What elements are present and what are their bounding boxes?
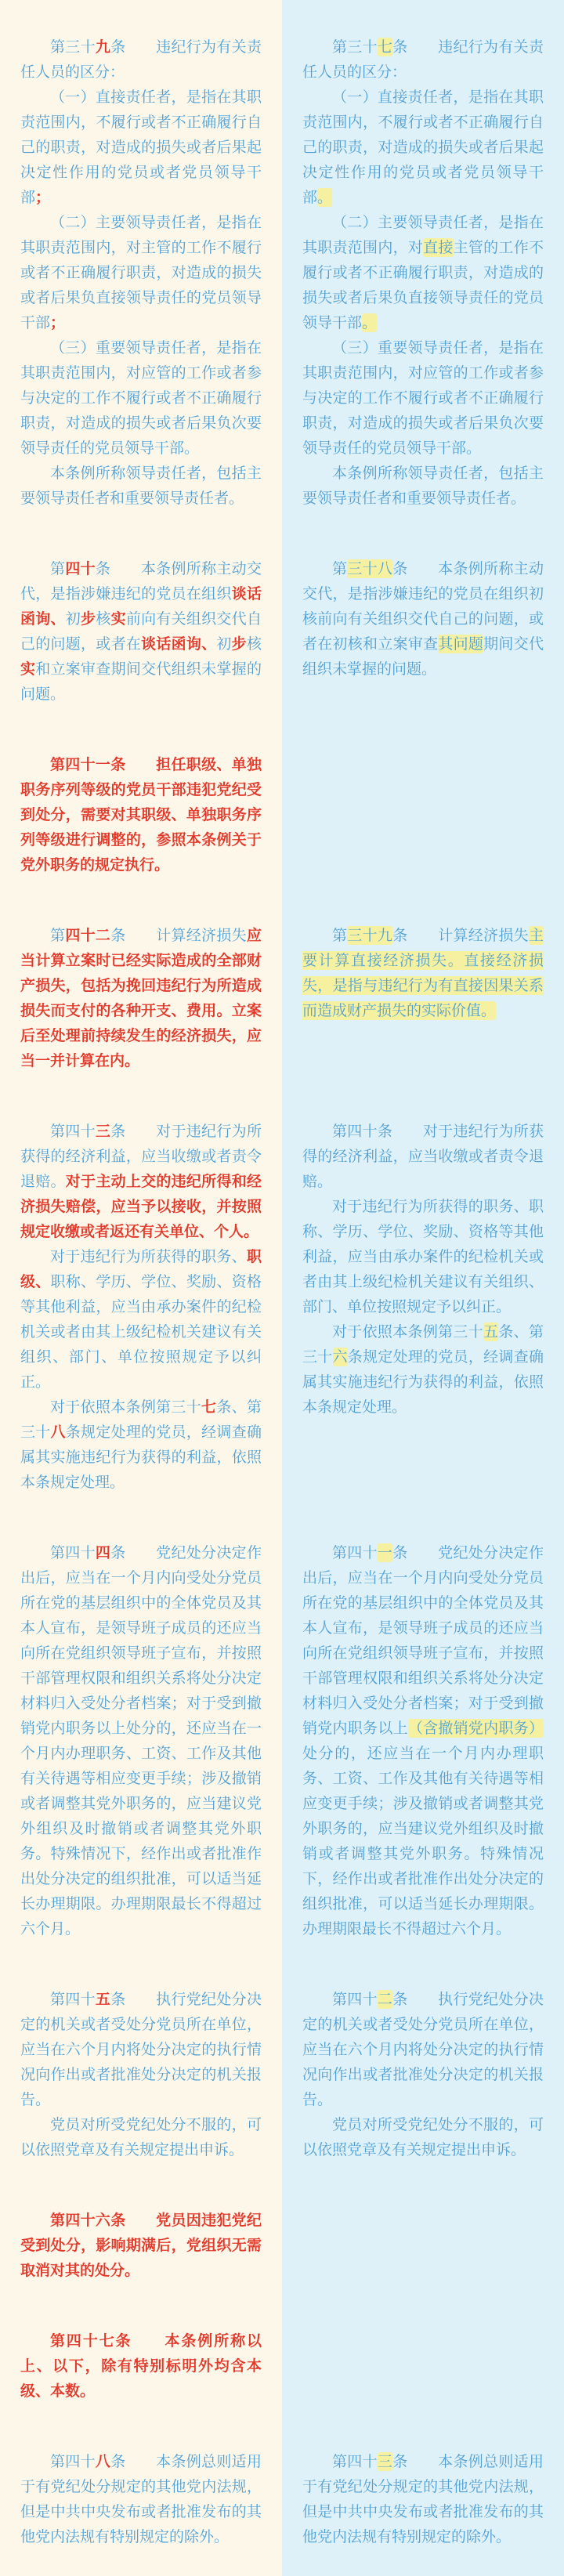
paragraph: 第四十四条 党纪处分决定作出后，应当在一个月内向受处分党员所在党的基层组织中的全… — [20, 1540, 262, 1941]
text: 本条例所称领导责任者，包括主要领导责任者和重要领导责任者。 — [302, 465, 544, 507]
left-column-cell: 第四十八条 本条例总则适用于有党纪处分规定的其他党内法规，但是中共中央发布或者批… — [0, 2404, 282, 2576]
comparison-row: 第四十条 本条例所称主动交代，是指涉嫌违纪的党员在组织谈话函询、初步核实前向有关… — [0, 511, 564, 707]
article-di-39-tiao-jiu: 第三十九条 计算经济损失主要计算直接经济损失。直接经济损失，是指与违纪行为有直接… — [302, 877, 544, 1023]
right-column-cell: 第四十一条 党纪处分决定作出后，应当在一个月内向受处分党员所在党的基层组织中的全… — [282, 1495, 564, 1941]
text: 第 — [332, 560, 347, 577]
paragraph: 第四十八条 本条例总则适用于有党纪处分规定的其他党内法规，但是中共中央发布或者批… — [20, 2449, 262, 2549]
paragraph: 第三十八条 本条例所称主动交代，是指涉嫌违纪的党员在组织初核前向有关组织交代自己… — [302, 556, 544, 682]
text: 职称、学历、学位、奖励、资格等其他利益，应当由承办案件的纪检机关或者由其上级纪检… — [20, 1273, 262, 1391]
highlighted-old-text: 五 — [483, 1322, 498, 1341]
text: 本条例所称领导责任者，包括主要领导责任者和重要领导责任者。 — [20, 465, 262, 507]
paragraph: 第四十三条 本条例总则适用于有党纪处分规定的其他党内法规，但是中共中央发布或者批… — [302, 2449, 544, 2549]
revised-text: 八 — [96, 2453, 110, 2470]
highlighted-old-text: 七 — [378, 38, 392, 56]
right-column-cell: 第三十九条 计算经济损失主要计算直接经济损失。直接经济损失，是指与违纪行为有直接… — [282, 877, 564, 1073]
text: 对于依照本条例第三十 — [332, 1323, 483, 1340]
text: 第四十 — [332, 1991, 378, 2008]
paragraph: 第三十七条 违纪行为有关责任人员的区分： — [302, 34, 544, 85]
paragraph: 第四十条 对于违纪行为所获得的经济利益，应当收缴或者责令退赔。 — [302, 1119, 544, 1194]
right-column-cell — [282, 2162, 564, 2283]
text: 第四十 — [50, 1123, 96, 1140]
revised-text: 八 — [51, 1424, 66, 1441]
text: 第三十 — [332, 38, 378, 56]
paragraph: 第三十九条 违纪行为有关责任人员的区分： — [20, 34, 262, 85]
text: 条 党纪处分决定作出后，应当在一个月内向受处分党员所在党的基层组织中的全体党员及… — [20, 1544, 262, 1937]
paragraph: 第四十二条 执行党纪处分决定的机关或者受处分党员所在单位，应当在六个月内将处分决… — [302, 1987, 544, 2112]
revised-text: 步 — [81, 610, 96, 628]
left-column-cell: 第四十四条 党纪处分决定作出后，应当在一个月内向受处分党员所在党的基层组织中的全… — [0, 1495, 282, 1941]
paragraph: （一）直接责任者，是指在其职责范围内，不履行或者不正确履行自己的职责，对造成的损… — [302, 85, 544, 210]
highlighted-old-text: 二 — [378, 1990, 392, 2009]
article-di-42-tiao: 第四十二条 计算经济损失应当计算立案时已经实际造成的全部财产损失，包括为挽回违纪… — [20, 877, 262, 1073]
revised-text: ； — [50, 314, 65, 331]
text: （三）重要领导责任者，是指在其职责范围内，对应管的工作或者参与决定的工作不履行或… — [302, 339, 544, 457]
text: 条 执行党纪处分决定的机关或者受处分党员所在单位，应当在六个月内将处分决定的执行… — [302, 1991, 544, 2108]
text: 第 — [50, 927, 65, 944]
comparison-row: 第四十八条 本条例总则适用于有党纪处分规定的其他党内法规，但是中共中央发布或者批… — [0, 2404, 564, 2576]
paragraph: （一）直接责任者，是指在其职责范围内，不履行或者不正确履行自己的职责，对造成的损… — [20, 85, 262, 210]
text: 处分的，还应当在一个月内办理职务、工资、工作及其他有关待遇等相应变更手续；涉及撤… — [302, 1745, 544, 1937]
text: （三）重要领导责任者，是指在其职责范围内，对应管的工作或者参与决定的工作不履行或… — [20, 339, 262, 457]
right-column-cell — [282, 2283, 564, 2404]
article-di-41-tiao: 第四十一条 担任职级、单独职务序列等级的党员干部违犯党纪受到处分，需要对其职级、… — [20, 707, 262, 877]
revised-text: 第四十七条 本条例所称以上、以下，除有特别标明外均含本级、本数。 — [20, 2332, 262, 2400]
comparison-row: 第四十四条 党纪处分决定作出后，应当在一个月内向受处分党员所在党的基层组织中的全… — [0, 1495, 564, 1941]
revised-text: 四 — [96, 1544, 110, 1561]
article-di-43-tiao: 第四十三条 对于违纪行为所获得的经济利益，应当收缴或者责令退赔。对于主动上交的违… — [20, 1073, 262, 1495]
paragraph: 第四十六条 党员因违犯党纪受到处分，影响期满后，党组织无需取消对其的处分。 — [20, 2208, 262, 2283]
revised-text: 四十二 — [65, 927, 110, 944]
left-column-cell: 第四十五条 执行党纪处分决定的机关或者受处分党员所在单位，应当在六个月内将处分决… — [0, 1941, 282, 2162]
paragraph: 对于依照本条例第三十五条、第三十六条规定处理的党员，经调查确属其实施违纪行为获得… — [302, 1319, 544, 1420]
comparison-row: 第四十七条 本条例所称以上、以下，除有特别标明外均含本级、本数。 — [0, 2283, 564, 2404]
comparison-row: 第三十九条 违纪行为有关责任人员的区分：（一）直接责任者，是指在其职责范围内，不… — [0, 0, 564, 511]
highlighted-old-text: （含撤销党内职务） — [408, 1719, 544, 1738]
paragraph: 党员对所受党纪处分不服的，可以依照党章及有关规定提出申诉。 — [20, 2112, 262, 2162]
text: 核 — [247, 635, 262, 653]
highlighted-old-text: 三十八 — [347, 559, 392, 578]
comparison-row: 第四十一条 担任职级、单独职务序列等级的党员干部违犯党纪受到处分，需要对其职级、… — [0, 707, 564, 877]
text: 条 计算经济损失 — [110, 927, 247, 944]
paragraph: 本条例所称领导责任者，包括主要领导责任者和重要领导责任者。 — [302, 461, 544, 511]
text: 条 计算经济损失 — [392, 927, 529, 944]
article-di-44-tiao: 第四十四条 党纪处分决定作出后，应当在一个月内向受处分党员所在党的基层组织中的全… — [20, 1495, 262, 1941]
left-column-cell: 第四十一条 担任职级、单独职务序列等级的党员干部违犯党纪受到处分，需要对其职级、… — [0, 707, 282, 877]
text: 第四十 — [332, 1544, 378, 1561]
text: 第四十 — [332, 2453, 378, 2470]
paragraph: 本条例所称领导责任者，包括主要领导责任者和重要领导责任者。 — [20, 461, 262, 511]
comparison-row: 第四十五条 执行党纪处分决定的机关或者受处分党员所在单位，应当在六个月内将处分决… — [0, 1941, 564, 2162]
left-column-cell: 第四十条 本条例所称主动交代，是指涉嫌违纪的党员在组织谈话函询、初步核实前向有关… — [0, 511, 282, 707]
text: 和立案审查期间交代组织未掌握的问题。 — [20, 660, 262, 703]
comparison-row: 第四十二条 计算经济损失应当计算立案时已经实际造成的全部财产损失，包括为挽回违纪… — [0, 877, 564, 1073]
paragraph: （二）主要领导责任者，是指在其职责范围内，对直接主管的工作不履行或者不正确履行职… — [302, 210, 544, 335]
revised-text: 五 — [96, 1991, 110, 2008]
revised-text: 第四十六条 党员因违犯党纪受到处分，影响期满后，党组织无需取消对其的处分。 — [20, 2212, 262, 2279]
text: 条 党纪处分决定作出后，应当在一个月内向受处分党员所在党的基层组织中的全体党员及… — [302, 1544, 544, 1737]
right-column-cell: 第四十三条 本条例总则适用于有党纪处分规定的其他党内法规，但是中共中央发布或者批… — [282, 2404, 564, 2576]
paragraph: 对于违纪行为所获得的职务、职级、职称、学历、学位、奖励、资格等其他利益，应当由承… — [20, 1244, 262, 1395]
highlighted-old-text: 。 — [362, 313, 377, 332]
left-column-cell: 第四十七条 本条例所称以上、以下，除有特别标明外均含本级、本数。 — [0, 2283, 282, 2404]
revised-text: 九 — [96, 38, 110, 56]
paragraph: 对于违纪行为所获得的职务、职称、学历、学位、奖励、资格等其他利益，应当由承办案件… — [302, 1194, 544, 1319]
paragraph: （三）重要领导责任者，是指在其职责范围内，对应管的工作或者参与决定的工作不履行或… — [20, 335, 262, 461]
text: 对于违纪行为所获得的职务、 — [50, 1248, 247, 1265]
revised-text: 三 — [96, 1123, 110, 1140]
article-di-38-tiao: 第三十八条 本条例所称主动交代，是指涉嫌违纪的党员在组织初核前向有关组织交代自己… — [302, 511, 544, 682]
highlighted-old-text: 三十九 — [347, 926, 392, 945]
highlighted-old-text: 其问题 — [438, 635, 483, 653]
article-di-47-tiao: 第四十七条 本条例所称以上、以下，除有特别标明外均含本级、本数。 — [20, 2283, 262, 2404]
text: 第四十 — [50, 1544, 96, 1561]
article-di-40-tiao: 第四十条 本条例所称主动交代，是指涉嫌违纪的党员在组织谈话函询、初步核实前向有关… — [20, 511, 262, 707]
right-column-cell: 第三十八条 本条例所称主动交代，是指涉嫌违纪的党员在组织初核前向有关组织交代自己… — [282, 511, 564, 707]
revised-text: 四十 — [65, 560, 96, 577]
text: 党员对所受党纪处分不服的，可以依照党章及有关规定提出申诉。 — [20, 2116, 262, 2158]
text: 第 — [332, 927, 347, 944]
highlighted-old-text: 一 — [378, 1543, 392, 1562]
right-column-cell: 第三十七条 违纪行为有关责任人员的区分：（一）直接责任者，是指在其职责范围内，不… — [282, 0, 564, 511]
paragraph: 第四十条 本条例所称主动交代，是指涉嫌违纪的党员在组织谈话函询、初步核实前向有关… — [20, 556, 262, 707]
article-di-41-tiao-jiu: 第四十一条 党纪处分决定作出后，应当在一个月内向受处分党员所在党的基层组织中的全… — [302, 1495, 544, 1941]
comparison-row: 第四十三条 对于违纪行为所获得的经济利益，应当收缴或者责令退赔。对于主动上交的违… — [0, 1073, 564, 1495]
revised-text: 七 — [201, 1398, 216, 1416]
article-di-48-tiao: 第四十八条 本条例总则适用于有党纪处分规定的其他党内法规，但是中共中央发布或者批… — [20, 2404, 262, 2549]
regulation-comparison-document: 第三十九条 违纪行为有关责任人员的区分：（一）直接责任者，是指在其职责范围内，不… — [0, 0, 564, 2576]
text: 第四十 — [50, 2453, 96, 2470]
revised-text: 实 — [20, 660, 35, 678]
highlighted-old-text: 直接 — [423, 238, 454, 257]
article-di-37-tiao: 第三十七条 违纪行为有关责任人员的区分：（一）直接责任者，是指在其职责范围内，不… — [302, 0, 544, 511]
comparison-row: 第四十六条 党员因违犯党纪受到处分，影响期满后，党组织无需取消对其的处分。 — [0, 2162, 564, 2283]
left-column-cell: 第三十九条 违纪行为有关责任人员的区分：（一）直接责任者，是指在其职责范围内，不… — [0, 0, 282, 511]
text: 第四十 — [50, 1991, 96, 2008]
paragraph: （二）主要领导责任者，是指在其职责范围内，对主管的工作不履行或者不正确履行职责，… — [20, 210, 262, 335]
paragraph: 第四十七条 本条例所称以上、以下，除有特别标明外均含本级、本数。 — [20, 2328, 262, 2404]
paragraph: 党员对所受党纪处分不服的，可以依照党章及有关规定提出申诉。 — [302, 2112, 544, 2162]
text: 第 — [50, 560, 65, 577]
highlighted-old-text: 。 — [317, 188, 332, 207]
paragraph: 第四十三条 对于违纪行为所获得的经济利益，应当收缴或者责令退赔。对于主动上交的违… — [20, 1119, 262, 1244]
article-di-42-tiao-jiu: 第四十二条 执行党纪处分决定的机关或者受处分党员所在单位，应当在六个月内将处分决… — [302, 1941, 544, 2162]
revised-text: 步 — [232, 635, 247, 653]
left-column-cell: 第四十六条 党员因违犯党纪受到处分，影响期满后，党组织无需取消对其的处分。 — [0, 2162, 282, 2283]
revised-text: 谈话函询、 — [141, 635, 216, 653]
article-di-43-tiao-jiu: 第四十三条 本条例总则适用于有党纪处分规定的其他党内法规，但是中共中央发布或者批… — [302, 2404, 544, 2549]
paragraph: （三）重要领导责任者，是指在其职责范围内，对应管的工作或者参与决定的工作不履行或… — [302, 335, 544, 461]
highlighted-old-text: 六 — [333, 1348, 348, 1366]
text: 第三十 — [50, 38, 96, 56]
paragraph: 第四十五条 执行党纪处分决定的机关或者受处分党员所在单位，应当在六个月内将处分决… — [20, 1987, 262, 2112]
text: 条 执行党纪处分决定的机关或者受处分党员所在单位，应当在六个月内将处分决定的执行… — [20, 1991, 262, 2108]
text: 初 — [216, 635, 231, 653]
revised-text: 实 — [111, 610, 126, 628]
text: 核 — [96, 610, 110, 628]
text: 第四十条 对于违纪行为所获得的经济利益，应当收缴或者责令退赔。 — [302, 1123, 544, 1190]
revised-text: ； — [35, 189, 50, 206]
article-di-39-tiao: 第三十九条 违纪行为有关责任人员的区分：（一）直接责任者，是指在其职责范围内，不… — [20, 0, 262, 511]
revised-text: 第四十一条 担任职级、单独职务序列等级的党员干部违犯党纪受到处分，需要对其职级、… — [20, 756, 262, 874]
text: 初 — [66, 610, 81, 628]
text: 党员对所受党纪处分不服的，可以依照党章及有关规定提出申诉。 — [302, 2116, 544, 2158]
highlighted-old-text: 三 — [378, 2452, 392, 2471]
paragraph: 第四十二条 计算经济损失应当计算立案时已经实际造成的全部财产损失，包括为挽回违纪… — [20, 923, 262, 1073]
paragraph: 对于依照本条例第三十七条、第三十八条规定处理的党员，经调查确属其实施违纪行为获得… — [20, 1395, 262, 1495]
text: 对于依照本条例第三十 — [50, 1398, 201, 1416]
text: 对于违纪行为所获得的职务、职称、学历、学位、奖励、资格等其他利益，应当由承办案件… — [302, 1198, 544, 1315]
paragraph: 第四十一条 担任职级、单独职务序列等级的党员干部违犯党纪受到处分，需要对其职级、… — [20, 752, 262, 877]
left-column-cell: 第四十三条 对于违纪行为所获得的经济利益，应当收缴或者责令退赔。对于主动上交的违… — [0, 1073, 282, 1495]
revised-text: 应当计算立案时已经实际造成的全部财产损失，包括为挽回违纪行为所造成损失而支付的各… — [20, 927, 262, 1069]
right-column-cell: 第四十条 对于违纪行为所获得的经济利益，应当收缴或者责令退赔。对于违纪行为所获得… — [282, 1073, 564, 1495]
right-column-cell: 第四十二条 执行党纪处分决定的机关或者受处分党员所在单位，应当在六个月内将处分决… — [282, 1941, 564, 2162]
article-di-46-tiao: 第四十六条 党员因违犯党纪受到处分，影响期满后，党组织无需取消对其的处分。 — [20, 2162, 262, 2283]
paragraph: 第四十一条 党纪处分决定作出后，应当在一个月内向受处分党员所在党的基层组织中的全… — [302, 1540, 544, 1941]
paragraph: 第三十九条 计算经济损失主要计算直接经济损失。直接经济损失，是指与违纪行为有直接… — [302, 923, 544, 1023]
text: （一）直接责任者，是指在其职责范围内，不履行或者不正确履行自己的职责，对造成的损… — [302, 89, 544, 206]
article-di-45-tiao: 第四十五条 执行党纪处分决定的机关或者受处分党员所在单位，应当在六个月内将处分决… — [20, 1941, 262, 2162]
article-di-40-tiao-jiu: 第四十条 对于违纪行为所获得的经济利益，应当收缴或者责令退赔。对于违纪行为所获得… — [302, 1073, 544, 1420]
text: （一）直接责任者，是指在其职责范围内，不履行或者不正确履行自己的职责，对造成的损… — [20, 89, 262, 206]
right-column-cell — [282, 707, 564, 877]
left-column-cell: 第四十二条 计算经济损失应当计算立案时已经实际造成的全部财产损失，包括为挽回违纪… — [0, 877, 282, 1073]
